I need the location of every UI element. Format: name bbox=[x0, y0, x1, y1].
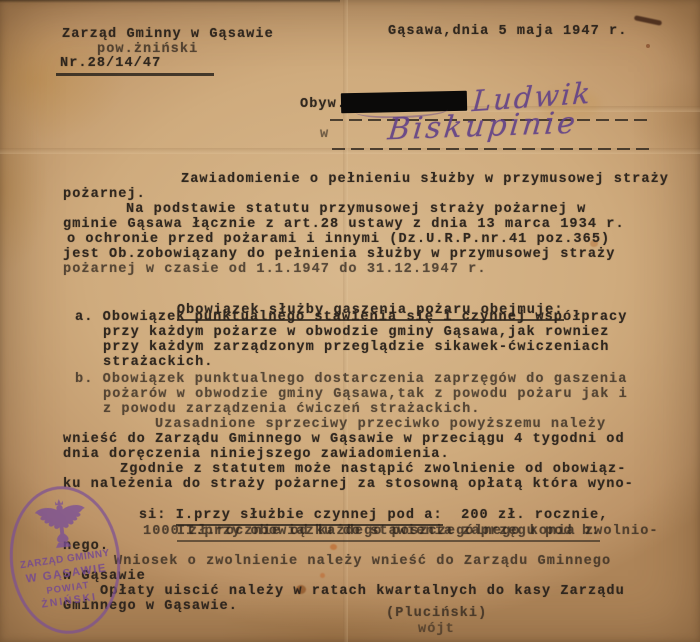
typed-line: Uzasadnione sprzeciwy przeciwko powyższe… bbox=[155, 417, 606, 432]
typed-line: dnia doręczenia niniejszego zawiadomieni… bbox=[63, 447, 450, 462]
typed-line: przy każdym pożarze w obwodzie gminy Gąs… bbox=[103, 325, 609, 340]
typed-line: pożarów w obwodzie gminy Gąsawa,tak z po… bbox=[103, 387, 628, 402]
typed-line: o ochronie przed pożarami i innymi (Dz.U… bbox=[67, 232, 610, 247]
typed-line: przy każdym zarządzonym przeglądzie sika… bbox=[103, 340, 609, 355]
typed-line: Zgodnie z statutem może nastąpić zwolnie… bbox=[120, 462, 626, 477]
signature-title: wójt bbox=[418, 622, 455, 637]
reference-underline bbox=[56, 73, 214, 76]
place-date: Gąsawa,dnia 5 maja 1947 r. bbox=[388, 24, 627, 39]
eagle-icon bbox=[29, 491, 93, 553]
ink-smudge-mark bbox=[634, 15, 662, 26]
signature-name: (Pluciński) bbox=[386, 606, 487, 621]
addressee-place-handwritten: Biskupinie bbox=[386, 106, 580, 148]
typed-line: gminie Gąsawa łącznie z art.28 ustawy z … bbox=[63, 217, 625, 232]
typed-line: strażackich. bbox=[103, 355, 214, 370]
typed-line: b. Obowiązek punktualnego dostarczenia z… bbox=[75, 372, 627, 387]
typed-line: ku należenia do straży pożarnej za stoso… bbox=[63, 477, 634, 492]
typed-line: jest Ob.zobowiązany do pełnienia służby … bbox=[63, 247, 615, 262]
reference-number: Nr.28/14/47 bbox=[60, 56, 161, 71]
addressee-preposition: w bbox=[320, 127, 329, 142]
typed-line: Wniosek o zwolnienie należy wnieść do Za… bbox=[114, 554, 611, 569]
sender-name: Zarząd Gminny w Gąsawie bbox=[62, 27, 274, 42]
scanned-letter-photo: Zarząd Gminny w Gąsawie pow.żniński Nr.2… bbox=[0, 0, 700, 642]
typed-line: z powodu zarządzenia ćwiczeń strażackich… bbox=[103, 402, 481, 417]
typed-line: pożarnej w czasie od 1.1.1947 do 31.12.1… bbox=[63, 262, 487, 277]
typed-line: Zawiadomienie o pełnieniu służby w przym… bbox=[181, 172, 669, 187]
sender-district: pow.żniński bbox=[97, 42, 198, 57]
typed-line: wnieść do Zarządu Gminnego w Gąsawie w p… bbox=[63, 432, 625, 447]
rust-spot bbox=[320, 573, 325, 578]
addressee-line-rule bbox=[332, 148, 654, 150]
typed-line: 1000 zł.rocznie od każdego poszczególneg… bbox=[143, 524, 659, 539]
typed-line: Opłaty uiscić należy w ratach kwartalnyc… bbox=[100, 584, 625, 599]
addressee-salutation: Obyw. bbox=[300, 97, 346, 112]
speck bbox=[646, 44, 650, 48]
official-stamp: ZARZĄD GMINNY W GĄSAWIE POWIAT ŻNIŃSKI bbox=[3, 481, 128, 640]
typed-line: Na podstawie statutu przymusowej straży … bbox=[126, 202, 586, 217]
typed-line: a. Obowiązek punktualnego stawienia się … bbox=[75, 310, 627, 325]
scan-edge-shadow bbox=[0, 0, 340, 3]
typed-line: pożarnej. bbox=[63, 187, 146, 202]
